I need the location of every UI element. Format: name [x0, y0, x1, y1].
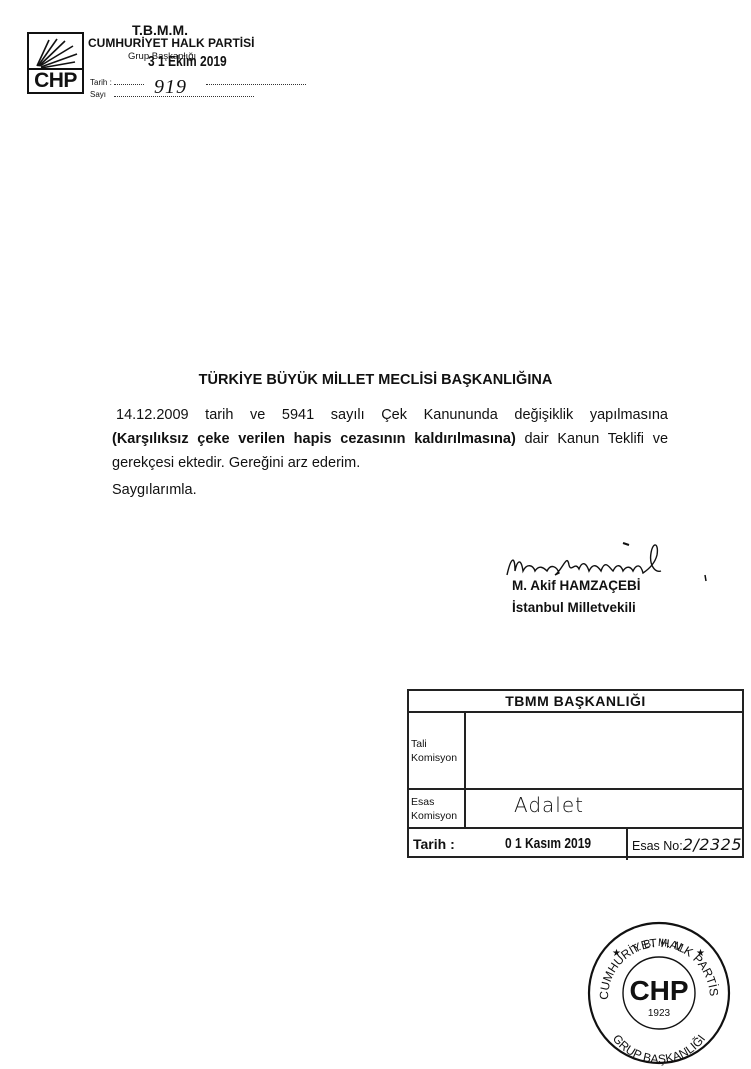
esas-no: Esas No:2/2325: [626, 829, 742, 860]
registry-heading: TBMM BAŞKANLIĞI: [409, 691, 742, 713]
esas-no-value: 2/2325: [683, 835, 742, 854]
stamp-number: 919: [154, 76, 187, 99]
body-bold-subject: (Karşılıksız çeke verilen hapis cezasını…: [112, 431, 516, 447]
tarih-value: 0 1 Kasım 2019: [505, 829, 602, 860]
closing: Saygılarımla.: [112, 482, 197, 498]
body-line-2-rest: dair Kanun Teklifi ve: [516, 431, 668, 447]
tali-komisyon-label: Tali Komisyon: [409, 713, 466, 788]
esas-no-label: Esas No:: [632, 839, 683, 853]
stamp-date-label: Tarih :: [90, 78, 112, 87]
stamp-date-row: Tarih :: [90, 76, 306, 87]
body-line-2: (Karşılıksız çeke verilen hapis cezasını…: [112, 427, 668, 451]
chp-logo: CHP: [27, 32, 84, 94]
logo-chp-text: CHP: [29, 68, 82, 92]
svg-text:★: ★: [612, 948, 621, 959]
letter-body: 14.12.2009 tarih ve 5941 sayılı Çek Kanu…: [112, 403, 668, 475]
stamp-number-label: Sayı: [90, 90, 106, 99]
signer-title: İstanbul Milletvekili: [512, 600, 636, 615]
tarih-row: Tarih : 0 1 Kasım 2019 Esas No:2/2325: [409, 829, 742, 860]
stamp-date: 3 1 Ekim 2019: [148, 53, 227, 70]
svg-text:CHP: CHP: [629, 975, 688, 1006]
tali-komisyon-row: Tali Komisyon: [409, 713, 742, 790]
esas-komisyon-row: Esas Komisyon Adalet: [409, 790, 742, 829]
signer-name: M. Akif HAMZAÇEBİ: [512, 578, 641, 593]
tali-komisyon-value: [466, 713, 742, 788]
svg-text:★: ★: [696, 948, 705, 959]
letter-title: TÜRKİYE BÜYÜK MİLLET MECLİSİ BAŞKANLIĞIN…: [0, 372, 751, 388]
body-line-1: 14.12.2009 tarih ve 5941 sayılı Çek Kanu…: [112, 403, 668, 427]
tarih-label: Tarih :: [409, 829, 505, 860]
header-stamp: CHP T.B.M.M. CUMHURİYET HALK PARTİSİ Gru…: [24, 22, 256, 102]
body-line-3: gerekçesi ektedir. Gereğini arz ederim.: [112, 451, 668, 475]
stamp-party-name: CUMHURİYET HALK PARTİSİ: [88, 36, 254, 50]
esas-komisyon-value: Adalet: [466, 790, 742, 827]
esas-komisyon-label: Esas Komisyon: [409, 790, 466, 827]
registry-box: TBMM BAŞKANLIĞI Tali Komisyon Esas Komis…: [407, 689, 744, 858]
party-seal-icon: T. B. M. M. CUMHURİYET HALK PARTİSİ GRUP…: [586, 920, 732, 1066]
svg-text:1923: 1923: [648, 1008, 671, 1019]
svg-text:GRUP BAŞKANLIĞI: GRUP BAŞKANLIĞI: [610, 1032, 708, 1066]
chp-rays-icon: [29, 34, 82, 70]
